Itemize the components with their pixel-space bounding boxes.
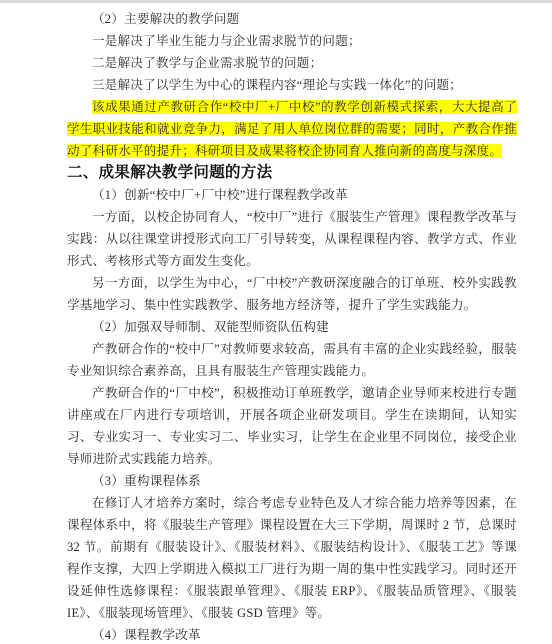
document-content: （2）主要解决的教学问题一是解决了毕业生能力与企业需求脱节的问题；二是解决了教学…	[0, 3, 552, 644]
paragraph: （4）课程教学改革	[67, 624, 517, 644]
section-heading: 二、成果解决教学问题的方法	[67, 162, 517, 184]
paragraph: 另一方面，以学生为中心，“厂中校”产教研深度融合的订单班、校外实践教学基地学习、…	[67, 272, 517, 316]
paragraph: 该成果通过产教研合作“校中厂+厂中校”的教学创新模式探索，大大提高了学生职业技能…	[67, 96, 517, 162]
paragraph: 产教研合作的“校中厂”对教师要求较高，需具有丰富的企业实践经验，服装专业知识综合…	[67, 338, 517, 382]
paragraph: 产教研合作的“厂中校”，积极推动订单班教学，邀请企业导师来校进行专题讲座或在厂内…	[67, 382, 517, 470]
paragraph: （2）加强双导师制、双能型师资队伍构建	[67, 316, 517, 338]
paragraph: （1）创新“校中厂+厂中校”进行课程教学改革	[67, 184, 517, 206]
paragraph: 一是解决了毕业生能力与企业需求脱节的问题；	[67, 30, 517, 52]
highlighted-text: 该成果通过产教研合作“校中厂+厂中校”的教学创新模式探索，大大提高了学生职业技能…	[67, 100, 517, 158]
document-page: （2）主要解决的教学问题一是解决了毕业生能力与企业需求脱节的问题；二是解决了教学…	[0, 0, 552, 644]
paragraph: 三是解决了以学生为中心的课程内容“理论与实践一体化”的问题；	[67, 74, 517, 96]
paragraph: 在修订人才培养方案时，综合考虑专业特色及人才综合能力培养等因素，在课程体系中，将…	[67, 492, 517, 624]
paragraph: （3）重构课程体系	[67, 470, 517, 492]
paragraph: （2）主要解决的教学问题	[67, 8, 517, 30]
paragraph: 一方面，以校企协同育人，“校中厂”进行《服装生产管理》课程教学改革与实践：从以往…	[67, 206, 517, 272]
paragraph: 二是解决了教学与企业需求脱节的问题；	[67, 52, 517, 74]
